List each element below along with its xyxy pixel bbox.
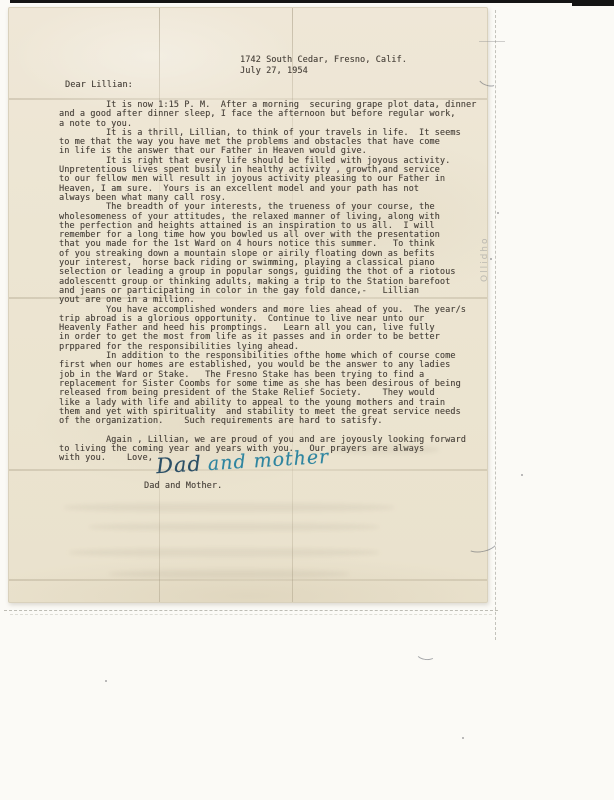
letter-date: July 27, 1954 xyxy=(240,67,308,76)
typed-signature: Dad and Mother. xyxy=(144,482,222,491)
dust-speck xyxy=(497,212,499,214)
scanned-letter-page: 1742 South Cedar, Fresno, Calif. July 27… xyxy=(0,0,614,800)
scratch-mark xyxy=(415,647,436,662)
bleed-through-smudge xyxy=(89,523,379,531)
scanner-edge-bar xyxy=(10,0,614,3)
dust-speck xyxy=(490,258,492,260)
background-sheet-corner xyxy=(479,41,505,42)
letter-paper: 1742 South Cedar, Fresno, Calif. July 27… xyxy=(8,7,488,603)
letter-body: It is now 1:15 P. M. After a morning sec… xyxy=(59,101,476,464)
dust-speck xyxy=(521,474,523,476)
dust-speck xyxy=(105,680,107,682)
signature-dad: Dad xyxy=(155,452,202,479)
bleed-through-smudge xyxy=(329,445,439,454)
scanner-edge-corner xyxy=(572,0,614,6)
dust-speck xyxy=(462,737,464,739)
sheet-protector-bottom-seam xyxy=(4,610,498,611)
bleed-through-smudge xyxy=(64,503,394,512)
salutation: Dear Lillian: xyxy=(65,81,133,90)
bleed-through-vertical-text: Ollidho xyxy=(480,192,490,282)
sender-address: 1742 South Cedar, Fresno, Calif. xyxy=(240,56,407,65)
sheet-protector-bottom-seam xyxy=(10,614,492,615)
paper-fold-crease xyxy=(9,579,487,581)
bleed-through-smudge xyxy=(69,548,379,557)
bleed-through-smudge xyxy=(109,570,349,578)
